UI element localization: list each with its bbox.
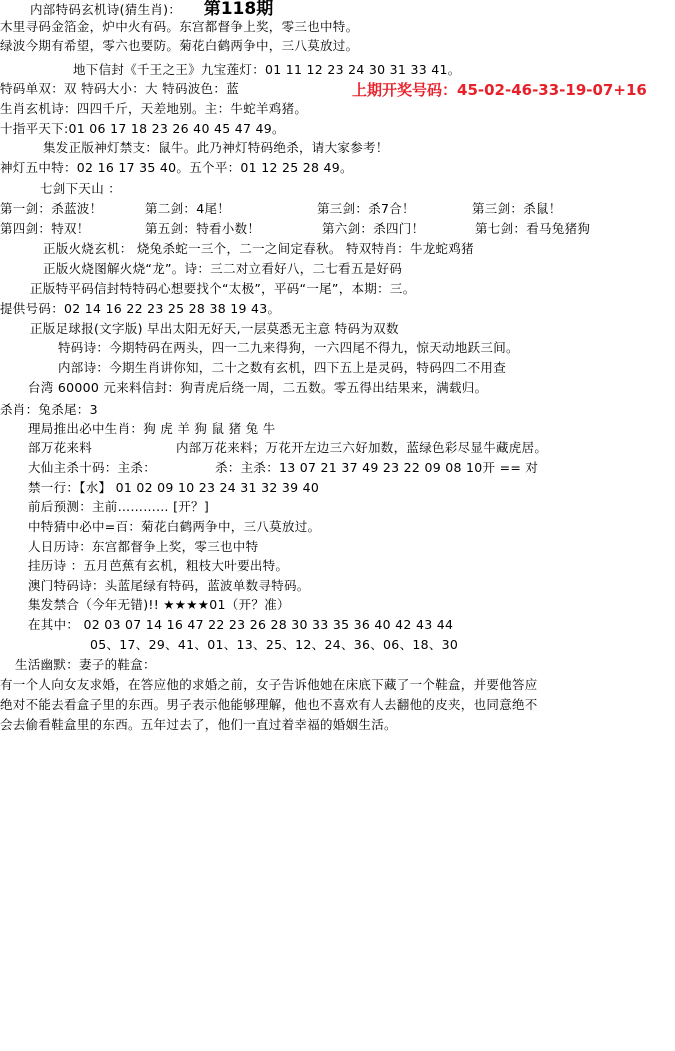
text-line: 集发正版神灯禁支：鼠牛。此乃神灯特码绝杀，请大家参考！ xyxy=(43,139,389,157)
text-line: 内部诗：今期生肖讲你知，二十之数有玄机，四下五上是灵码，特码四二不用查 xyxy=(58,359,506,377)
sword-4: 第四剑：特双！ xyxy=(0,220,90,238)
text-line: 禁一行：【水】 01 02 09 10 23 24 31 32 39 40 xyxy=(28,479,319,497)
text-line: 地下信封《千王之王》九宝莲灯：01 11 12 23 24 30 31 33 4… xyxy=(73,61,461,79)
text-line: 人日历诗：东宫都督争上奖，零三也中特 xyxy=(28,538,258,556)
text-line: 十指平天下:01 06 17 18 23 26 40 45 47 49。 xyxy=(0,120,285,138)
text-line: 七剑下天山 ： xyxy=(40,180,121,198)
poem-title-line: 内部特码玄机诗(猜生肖)： 第118期 xyxy=(30,0,273,18)
sword-2: 第二剑：4尾！ xyxy=(145,200,230,218)
text-line: 在其中： 02 03 07 14 16 47 22 23 26 28 30 33… xyxy=(28,616,453,634)
text-line: 正版足球报(文字版) 早出太阳无好天,一层莫悉无主意 特码为双数 xyxy=(30,320,399,338)
sword-3b: 第三剑：杀鼠！ xyxy=(472,200,562,218)
sword-7: 第七剑：看马兔猪狗 xyxy=(475,220,590,238)
text-line: 杀肖：兔杀尾：3 xyxy=(0,401,98,419)
issue-number: 第118期 xyxy=(204,0,274,19)
text-line: 大仙主杀十码：主杀： xyxy=(28,459,156,477)
text-line: 前后预测：主前………… [开？] xyxy=(28,498,209,516)
text-line: 正版特平码信封特特码心想要找个“太极”，平码“一尾”，本期：三。 xyxy=(30,280,416,298)
text-line: 部万花来料 xyxy=(28,439,92,457)
sword-5: 第五剑：特看小数！ xyxy=(145,220,260,238)
text-line: 特码诗：今期特码在两头，四一二九来得狗，一六四尾不得九，惊天动地跃三间。 xyxy=(58,339,519,357)
text-line: 生肖玄机诗：四四千斤，天差地别。主：牛蛇羊鸡猪。 xyxy=(0,100,307,118)
text-line: 澳门特码诗：头蓝尾绿有特码，蓝波单数寻特码。 xyxy=(28,577,310,595)
text-line: 神灯五中特：02 16 17 35 40。五个平：01 12 25 28 49。 xyxy=(0,159,353,177)
text-line: 绝对不能去看盒子里的东西。男子表示他能够理解，他也不喜欢有人去翻他的皮夹，也同意… xyxy=(0,696,538,714)
text-line: 会去偷看鞋盒里的东西。五年过去了，他们一直过着幸福的婚姻生活。 xyxy=(0,716,397,734)
poem-title: 内部特码玄机诗(猜生肖)： xyxy=(30,2,181,17)
text-line: 正版火烧图解火烧“龙”。诗：三二对立看好八，二七看五是好码 xyxy=(43,260,402,278)
text-line: 台湾 60000 元来料信封：狗青虎后绕一周，二五数。零五得出结果来，满载归。 xyxy=(28,379,487,397)
text-line: 集发禁合（今年无错)!! ★★★★01（开？准） xyxy=(28,596,290,614)
text-line: 05、17、29、41、01、13、25、12、24、36、06、18、30 xyxy=(90,636,458,654)
text-line: 特码单双：双 特码大小：大 特码波色：蓝 xyxy=(0,80,239,98)
text-line: 中特猜中必中=百：菊花白鹤两争中，三八莫放过。 xyxy=(28,518,320,536)
text-line: 理局推出必中生肖：狗 虎 羊 狗 鼠 猪 兔 牛 xyxy=(28,420,276,438)
text-line: 提供号码：02 14 16 22 23 25 28 38 19 43。 xyxy=(0,300,280,318)
last-draw-numbers: 上期开奖号码：45-02-46-33-19-07+16 xyxy=(352,80,647,100)
sword-1: 第一剑：杀蓝波！ xyxy=(0,200,102,218)
text-line: 木里寻码金箔金，炉中火有码。东宫都督争上奖，零三也中特。 xyxy=(0,18,358,36)
text-line: 正版火烧玄机： 烧兔杀蛇一三个，二一之间定春秋。 特双特肖：牛龙蛇鸡猪 xyxy=(43,240,474,258)
text-line: 有一个人向女友求婚，在答应他的求婚之前，女子告诉他她在床底下藏了一个鞋盒，并要他… xyxy=(0,676,538,694)
sword-3: 第三剑：杀7合！ xyxy=(317,200,415,218)
text-line: 挂历诗 ：五月芭蕉有玄机，粗枝大叶要出特。 xyxy=(28,557,288,575)
text-line: 绿波今期有希望，零六也要防。菊花白鹤两争中，三八莫放过。 xyxy=(0,37,358,55)
text-line: 杀：主杀：13 07 21 37 49 23 22 09 08 10开 == 对 xyxy=(215,459,538,477)
sword-6: 第六剑：杀四门！ xyxy=(322,220,424,238)
text-line: 生活幽默：妻子的鞋盒： xyxy=(15,656,156,674)
text-line: 内部万花来料；万花开左边三六好加数，蓝绿色彩尽显牛藏虎居。 xyxy=(176,439,547,457)
